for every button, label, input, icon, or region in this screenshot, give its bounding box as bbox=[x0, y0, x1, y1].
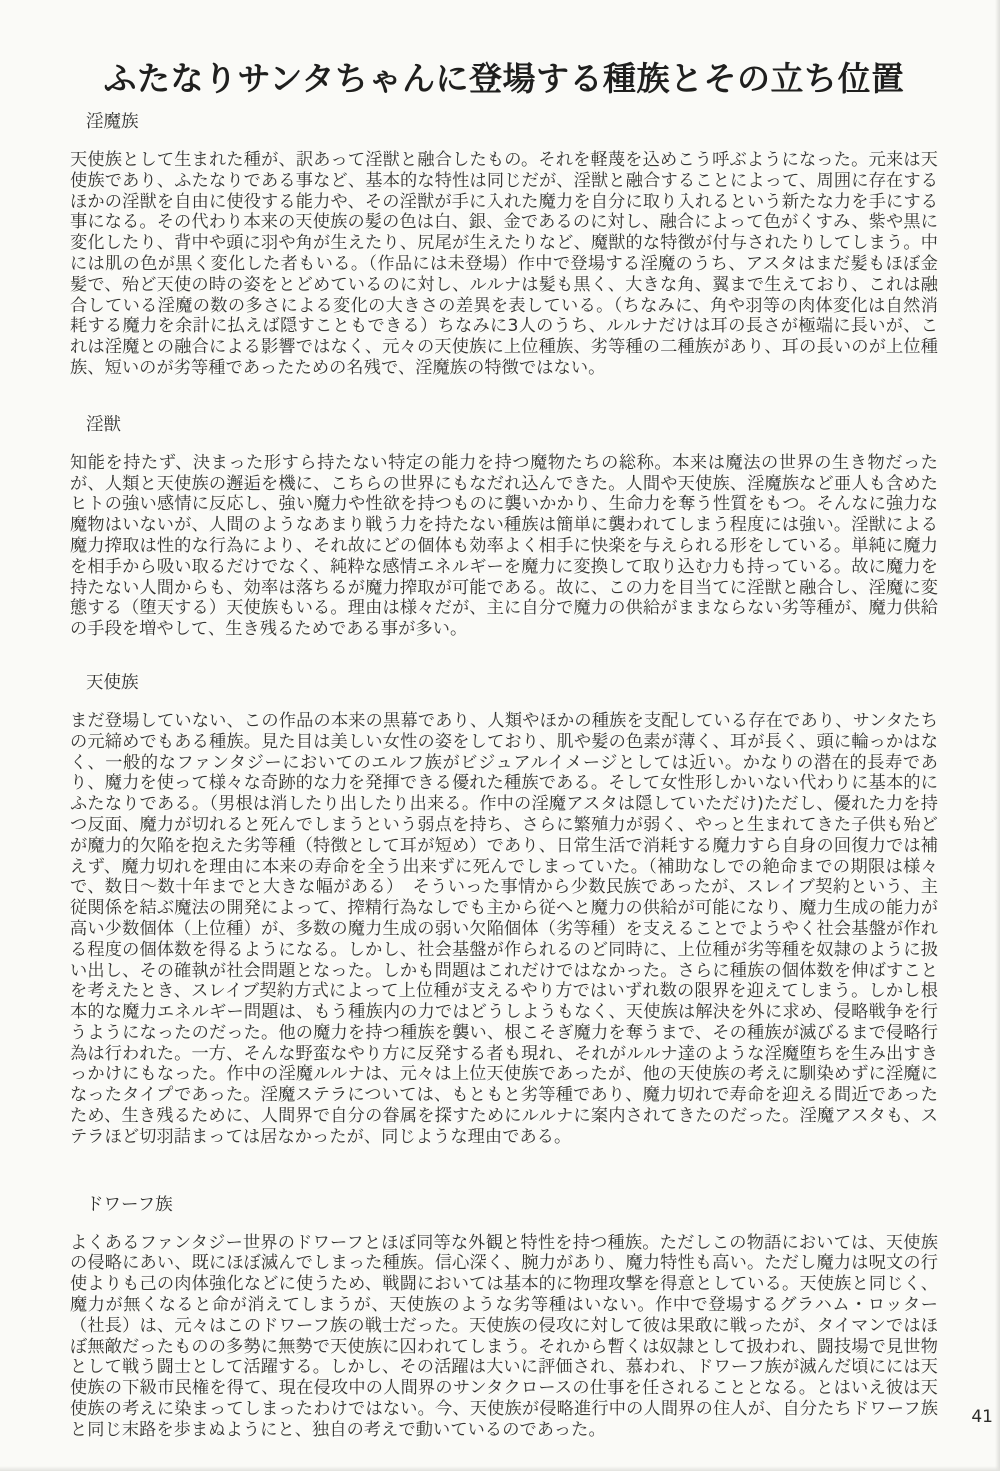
section-body-injuu: 知能を持たず、決まった形すら持たない特定の能力を持つ魔物たちの総称。本来は魔法の… bbox=[70, 453, 938, 640]
document-page: ふたなりサンタちゃんに登場する種族とその立ち位置 淫魔族 天使族として生まれた種… bbox=[0, 0, 1000, 1471]
section-dwarfzoku: ドワーフ族 よくあるファンタジー世界のドワーフとほぼ同等な外観と特性を持つ種族。… bbox=[70, 1195, 938, 1441]
section-heading-injuu: 淫獣 bbox=[70, 415, 938, 436]
section-inmazoku: 淫魔族 天使族として生まれた種が、訳あって淫獣と融合したもの。それを軽蔑を込めこ… bbox=[70, 112, 938, 379]
page-title: ふたなりサンタちゃんに登場する種族とその立ち位置 bbox=[70, 58, 938, 100]
page-content: ふたなりサンタちゃんに登場する種族とその立ち位置 淫魔族 天使族として生まれた種… bbox=[70, 58, 938, 1441]
section-injuu: 淫獣 知能を持たず、決まった形すら持たない特定の能力を持つ魔物たちの総称。本来は… bbox=[70, 415, 938, 640]
section-body-tenshizoku: まだ登場していない、この作品の本来の黒幕であり、人類やほかの種族を支配している存… bbox=[70, 711, 938, 1148]
section-heading-inmazoku: 淫魔族 bbox=[70, 112, 938, 133]
scan-edge-bottom bbox=[0, 1466, 1000, 1471]
page-number: 41 bbox=[971, 1406, 993, 1428]
section-body-dwarfzoku: よくあるファンタジー世界のドワーフとほぼ同等な外観と特性を持つ種族。ただしこの物… bbox=[70, 1233, 938, 1441]
section-tenshizoku: 天使族 まだ登場していない、この作品の本来の黒幕であり、人類やほかの種族を支配し… bbox=[70, 673, 938, 1148]
section-heading-tenshizoku: 天使族 bbox=[70, 673, 938, 694]
scan-edge-right bbox=[995, 0, 1000, 1471]
section-body-inmazoku: 天使族として生まれた種が、訳あって淫獣と融合したもの。それを軽蔑を込めこう呼ぶよ… bbox=[70, 150, 938, 379]
section-heading-dwarfzoku: ドワーフ族 bbox=[70, 1195, 938, 1216]
